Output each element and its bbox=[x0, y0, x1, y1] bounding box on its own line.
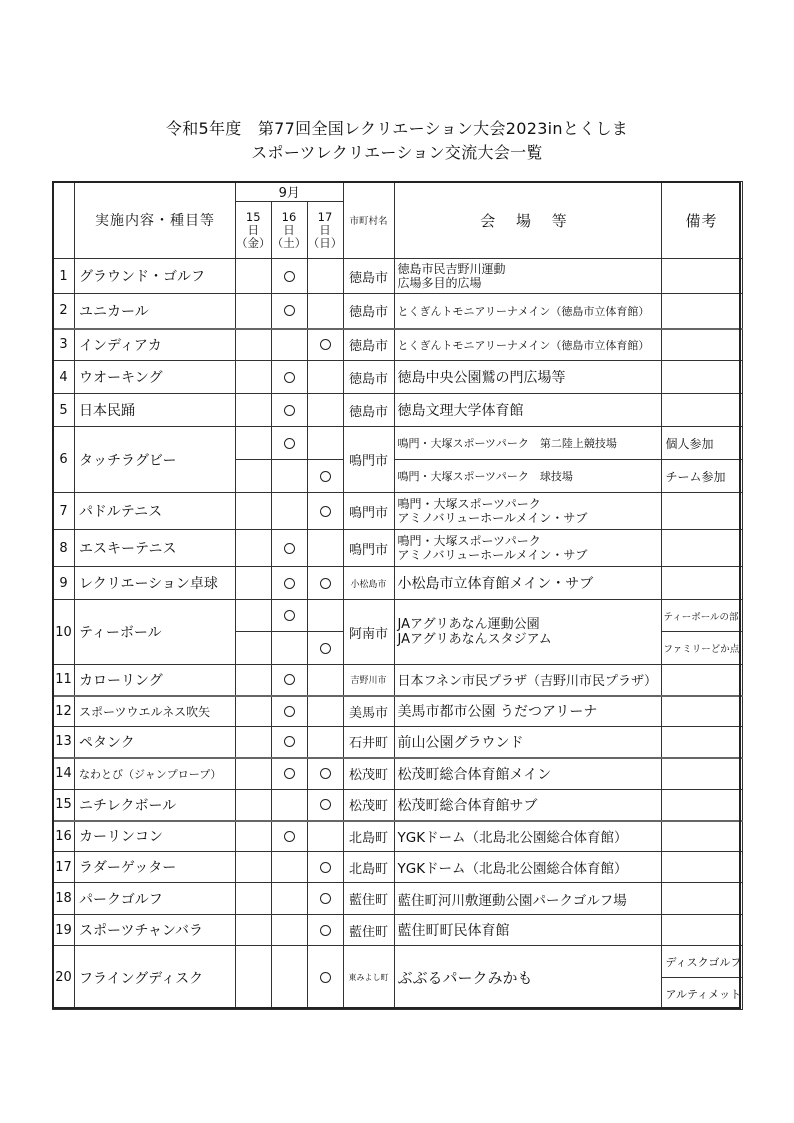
table-outer-border bbox=[52, 181, 741, 1009]
document-title: 令和5年度 第77回全国レクリエーション大会2023inとくしま bbox=[0, 116, 794, 139]
document-subtitle: スポーツレクリエーション交流大会一覧 bbox=[0, 140, 794, 163]
